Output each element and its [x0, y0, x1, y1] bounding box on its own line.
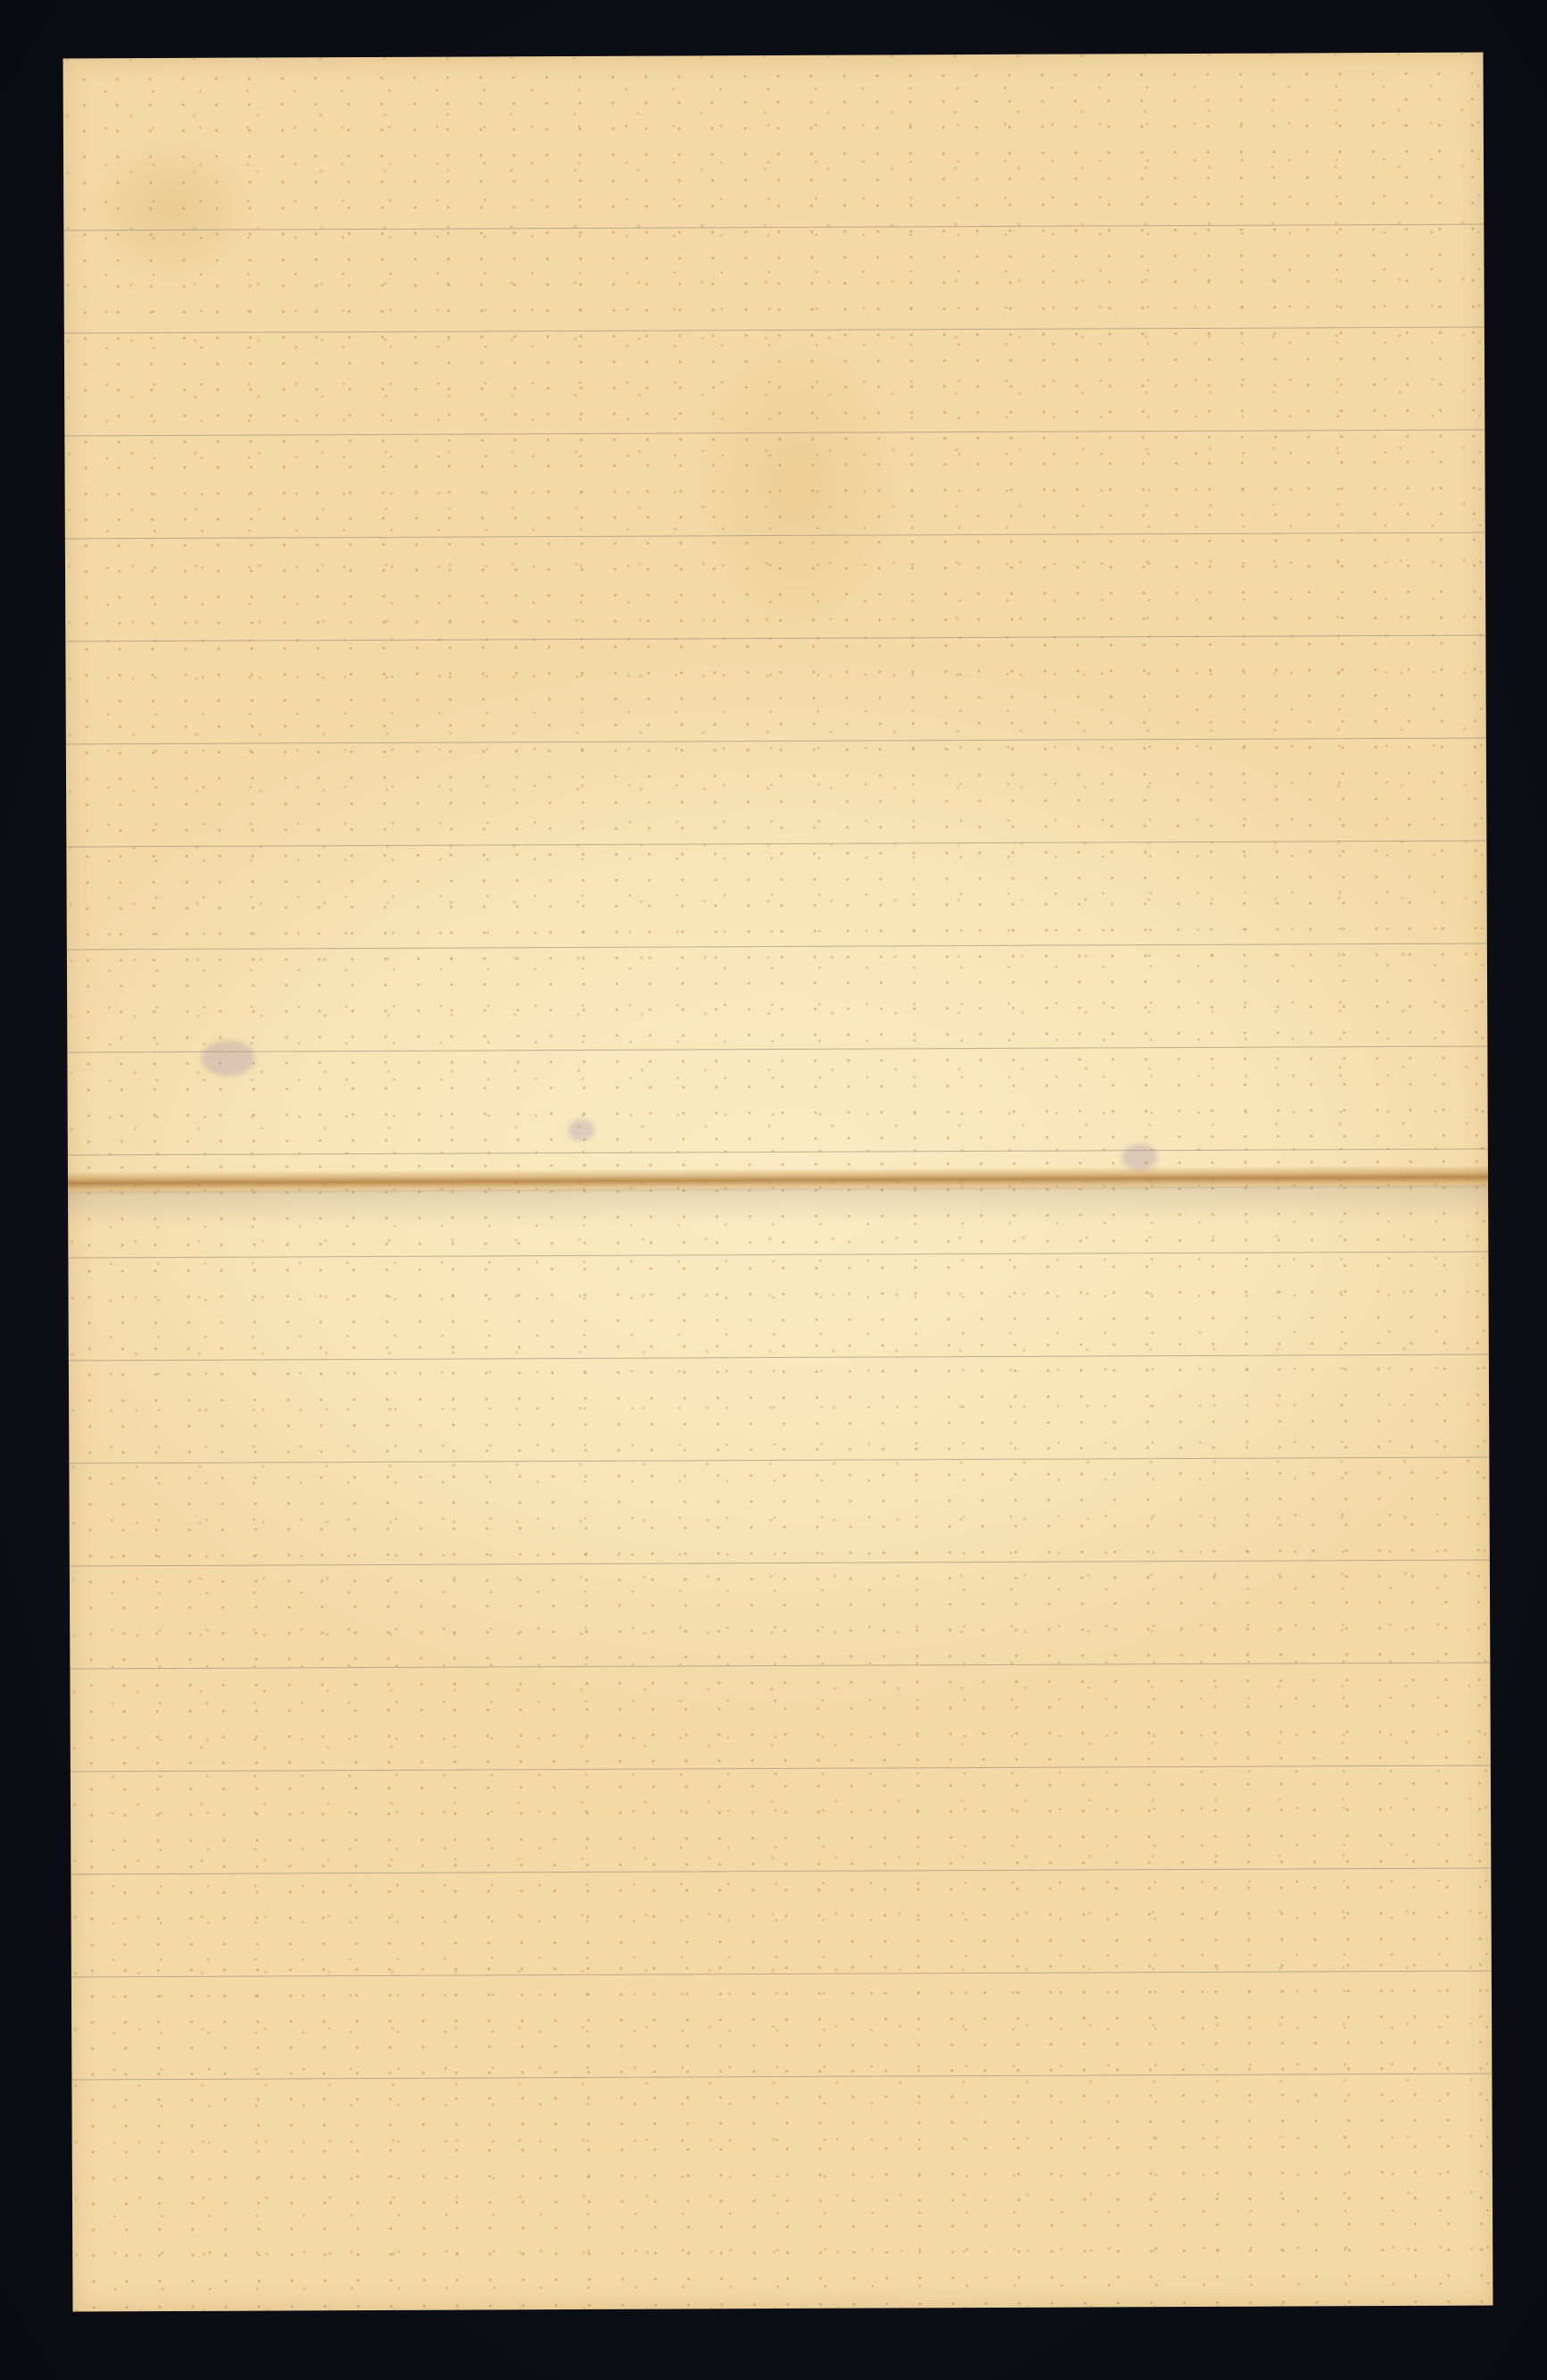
paper-sheet [63, 53, 1493, 2312]
ruled-line [64, 430, 1484, 437]
fold-shadow [68, 1186, 1488, 1228]
ruled-line [70, 1560, 1490, 1567]
ink-smudge [568, 1119, 595, 1141]
ruled-line [64, 327, 1484, 334]
ruled-line [67, 943, 1487, 951]
ruled-line [68, 1252, 1488, 1259]
ruled-line [65, 532, 1485, 540]
ink-smudge [201, 1041, 255, 1077]
ruled-line [65, 635, 1485, 642]
ruled-line [66, 738, 1486, 745]
ruled-line [71, 1868, 1491, 1875]
ruled-line [68, 1149, 1488, 1156]
ruled-line [71, 1971, 1492, 1978]
ruled-line [71, 1765, 1491, 1772]
ruled-line [66, 841, 1486, 848]
ruled-line [69, 1354, 1489, 1362]
ruled-line [63, 224, 1484, 231]
ink-smudge [1122, 1144, 1158, 1170]
ruled-line [69, 1457, 1489, 1464]
ruled-line [67, 1046, 1487, 1053]
ruled-line [70, 1663, 1490, 1670]
ruled-line [71, 2074, 1492, 2081]
